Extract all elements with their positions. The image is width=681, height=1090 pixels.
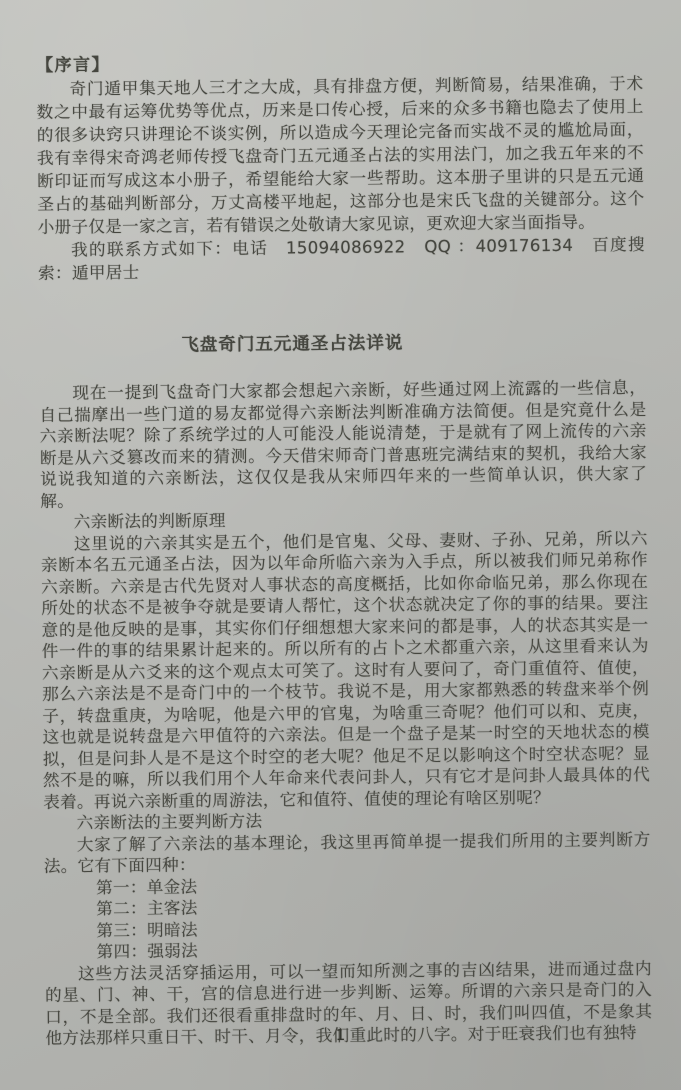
principle-paragraph: 这里说的六亲其实是五个，他们是官鬼、父母、妻财、子孙、兄弟，所以六亲断本名五元通…: [41, 528, 651, 813]
scanned-page: 【序言】 奇门遁甲集天地人三才之大成，具有排盘方便，判断简易，结果准确，于术数之…: [0, 0, 681, 1090]
methods-intro-paragraph: 大家了解了六亲法的基本理论，我这里再简单提一提我们所用的主要判断方法。它有下面四…: [43, 829, 650, 878]
contact-line: 我的联系方式如下：电话 15094086922 QQ ：409176134 百度…: [38, 233, 645, 285]
article-title: 飞盘奇门五元通圣占法详说: [39, 329, 646, 359]
preface-paragraph: 奇门遁甲集天地人三才之大成，具有排盘方便，判断简易，结果准确，于术数之中最有运筹…: [36, 72, 645, 239]
page-number: 1: [0, 1026, 681, 1044]
page-content: 【序言】 奇门遁甲集天地人三才之大成，具有排盘方便，判断简易，结果准确，于术数之…: [36, 49, 653, 1049]
method-list: 第一：单金法 第二：主客法 第三：明暗法 第四：强弱法: [44, 872, 652, 964]
article-intro-paragraph: 现在一提到飞盘奇门大家都会想起六亲断，好些通过网上流露的一些信息，自己揣摩出一些…: [39, 377, 647, 512]
